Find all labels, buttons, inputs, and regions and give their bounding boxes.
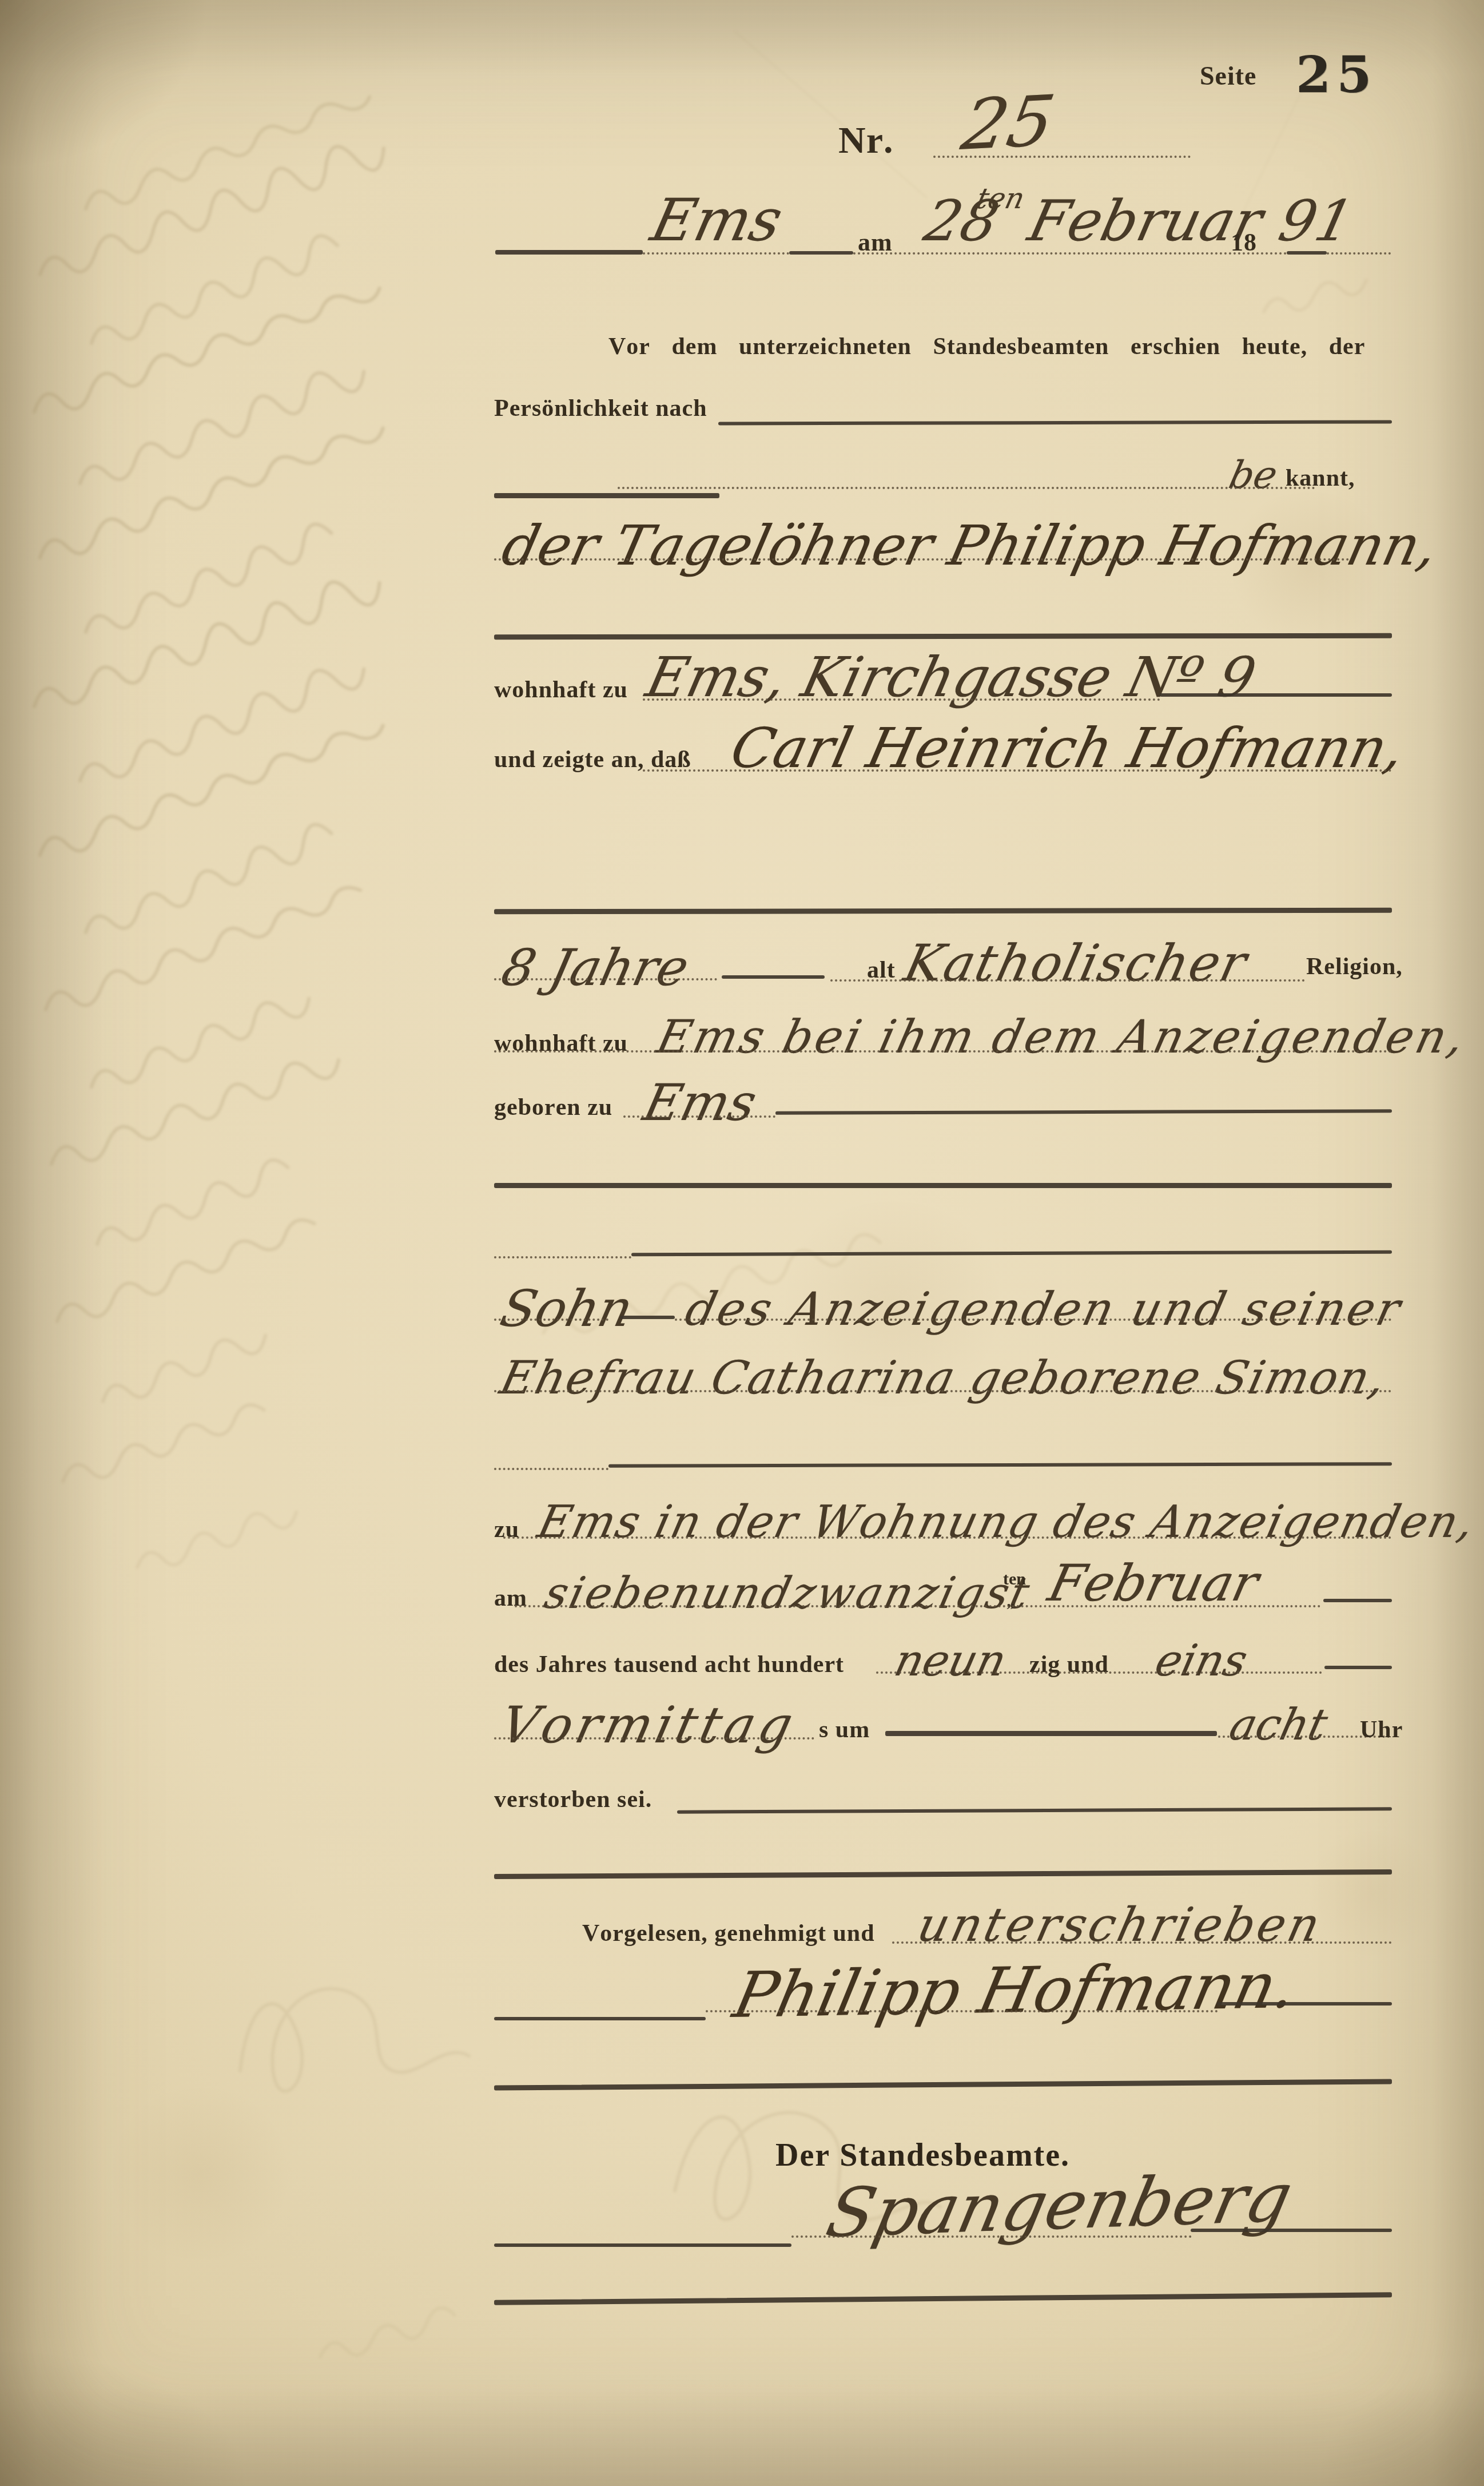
ruled-line-dotted <box>791 2235 1192 2238</box>
death-year-label: des Jahres tausend acht hundert <box>494 1651 844 1678</box>
daytime-suffix-label: s um <box>819 1716 870 1744</box>
death-year-ones-handwritten: eins <box>1151 1635 1252 1686</box>
ruled-line-solid <box>494 1869 1392 1879</box>
closing-word-handwritten: unterschrieben <box>913 1898 1328 1952</box>
intro-line-1: Vor dem unterzeichneten Standesbeamten e… <box>608 333 1365 360</box>
seite-label: Seite <box>1200 61 1257 91</box>
ruled-line-solid <box>789 251 853 255</box>
born-label: geboren zu <box>494 1094 612 1121</box>
ruled-line-dotted <box>643 252 789 255</box>
ruled-line-solid <box>608 1462 1392 1468</box>
ditto-mark: „ <box>1006 1591 1015 1611</box>
death-day-handwritten: siebenundzwanzigst <box>540 1567 1036 1618</box>
ruled-line-solid <box>494 2292 1392 2305</box>
ruled-line-solid <box>1324 1666 1392 1669</box>
ruled-line-solid <box>494 2017 706 2020</box>
hour-handwritten: acht <box>1225 1699 1332 1750</box>
death-month-handwritten: Februar <box>1043 1554 1264 1613</box>
declarant-line-handwritten: der Tagelöhner Philipp Hofmann, <box>496 514 1444 578</box>
ruled-line-dotted <box>494 1390 1392 1392</box>
closing-label: Vorgelesen, genehmigt und <box>582 1920 875 1947</box>
ruled-line-dotted <box>933 156 1191 158</box>
document-page: Seite 25 Nr. 25 Ems am 28 ten Februar 18… <box>0 0 1484 2486</box>
ruled-line-dotted <box>876 1671 1322 1674</box>
death-place-label: zu <box>494 1516 519 1543</box>
death-year-tens-handwritten: neun <box>890 1635 1011 1686</box>
death-year-mid-label: zig und <box>1029 1651 1109 1678</box>
ruled-line-dotted <box>643 698 1160 701</box>
ruled-line-dotted <box>675 1319 1392 1321</box>
nr-value-handwritten: 25 <box>956 80 1060 166</box>
ruled-line-solid <box>775 1109 1392 1115</box>
paper-stain <box>103 2088 297 2259</box>
ruled-line-solid <box>677 1807 1392 1813</box>
ruled-line-solid <box>620 1316 675 1319</box>
uhr-label: Uhr <box>1360 1716 1403 1744</box>
ruled-line-solid <box>1160 693 1392 697</box>
daytime-handwritten: Vormittag <box>495 1695 802 1754</box>
ruled-line-solid <box>1217 2002 1392 2006</box>
ruled-line-solid <box>494 493 719 498</box>
ruled-line-dotted <box>706 2010 1218 2012</box>
ruled-line-solid <box>1287 251 1327 255</box>
ruled-line-dotted <box>494 1050 1392 1053</box>
ruled-line-dotted <box>623 1115 775 1118</box>
ruled-line-solid <box>495 250 643 255</box>
death-place-handwritten: Ems in der Wohnung des Anzeigenden, <box>533 1496 1480 1548</box>
died-verb-label: verstorben sei. <box>494 1786 652 1813</box>
nr-label: Nr. <box>838 119 893 162</box>
parents-line-1-handwritten: des Anzeigenden und seiner <box>681 1282 1407 1336</box>
year-handwritten: 91 <box>1273 189 1359 254</box>
ruled-line-dotted <box>643 769 1392 772</box>
parents-line-2-handwritten: Ehefrau Catharina geborene Simon, <box>495 1351 1392 1404</box>
ruled-line-dotted <box>892 1941 1392 1944</box>
ruled-line-solid <box>1323 1599 1392 1602</box>
ruled-line-solid <box>494 908 1392 915</box>
paper-stain <box>1304 1830 1441 1956</box>
ruled-line-dotted <box>515 1605 1321 1607</box>
declarant-signature-handwritten: Philipp Hofmann. <box>727 1949 1303 2032</box>
deceased-residence-label: wohnhaft zu <box>494 1030 628 1057</box>
ruled-line-solid <box>494 2243 791 2247</box>
ruled-line-dotted <box>1327 252 1391 255</box>
ruled-line-solid <box>494 1183 1392 1188</box>
ruled-line-dotted <box>830 979 1305 982</box>
relation-handwritten: Sohn <box>495 1279 638 1338</box>
ruled-line-dotted <box>494 1256 631 1258</box>
ruled-line-dotted <box>494 978 717 980</box>
ruled-line-solid <box>494 633 1392 640</box>
religion-handwritten: Katholischer <box>899 934 1254 992</box>
ruled-line-dotted <box>494 1737 814 1740</box>
ruled-line-solid <box>718 420 1392 425</box>
ruled-line-dotted <box>853 252 1287 255</box>
official-signature-handwritten: Spangenberg <box>820 2158 1299 2253</box>
known-prefix-handwritten: be <box>1225 453 1282 497</box>
page-number: 25 <box>1296 45 1377 104</box>
deceased-residence-handwritten: Ems bei ihm dem Anzeigenden, <box>652 1010 1472 1063</box>
ruled-line-dotted <box>503 1536 1392 1539</box>
ruled-line-dotted <box>618 487 1315 489</box>
ruled-line-solid <box>885 1731 1217 1736</box>
intro-line-2: Persönlichkeit nach <box>494 395 707 422</box>
residence-label: wohnhaft zu <box>494 676 628 704</box>
ruled-line-solid <box>1191 2229 1392 2232</box>
ruled-line-solid <box>722 975 825 979</box>
ruled-line-solid <box>494 2079 1392 2091</box>
dateline-day-suffix-handwritten: ten <box>973 182 1028 215</box>
born-place-handwritten: Ems <box>638 1073 762 1132</box>
ruled-line-dotted <box>494 1468 608 1470</box>
religion-label: Religion, <box>1306 953 1403 980</box>
ruled-line-dotted <box>494 1319 608 1321</box>
death-date-label: am <box>494 1584 527 1612</box>
ruled-line-solid <box>631 1250 1392 1257</box>
bleedthrough-ink-layer <box>0 0 1484 2486</box>
dateline-place-handwritten: Ems <box>645 186 789 255</box>
death-day-suffix-label: ten <box>1003 1570 1026 1589</box>
ruled-line-dotted <box>494 558 1350 561</box>
age-handwritten: 8 Jahre <box>496 938 694 997</box>
